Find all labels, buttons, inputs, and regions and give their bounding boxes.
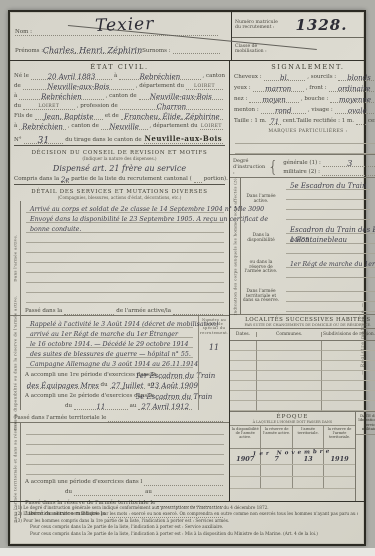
war-entry-3: le 16 octobre 1914. — Décédé le 29 octob… — [30, 341, 188, 348]
localites-empty-row — [230, 391, 375, 401]
etat-civil-title: ÉTAT CIVIL. — [10, 60, 229, 70]
header: Nom : Texier Prénoms : Charles, Henri, Z… — [10, 12, 364, 61]
register-sheet: Nom : Texier Prénoms : Charles, Henri, Z… — [8, 10, 366, 546]
periode1-corps-value-2: des Équipages Mres — [27, 383, 99, 389]
epoque-col-reserve-active: la réserve de l'armée active. — [261, 426, 292, 448]
periode1-du-label: du — [101, 382, 108, 389]
header-identity: Nom : Texier Prénoms : Charles, Henri, Z… — [10, 12, 231, 60]
epoque-col-territoriale: l'armée territoriale. — [293, 426, 324, 448]
etat-civil-line-3: à Rebréchien , canton de Neuville-aux-Bo… — [10, 90, 229, 100]
service-entry-3: bonne conduite. — [30, 226, 81, 233]
field-prenoms: Prénoms : Charles, Henri, Zéphirin Surno… — [15, 39, 222, 54]
instruction-block: Degré d'instruction : { générale (1) : 3… — [230, 154, 375, 177]
blank-rule — [286, 200, 370, 210]
corps-disponibilite-label: Dans la disponibilité — [241, 234, 281, 244]
fils-de-label: Fils de — [14, 113, 33, 120]
a-label: à — [114, 73, 117, 80]
residence-canton-value: Neuville-aux-Bois — [150, 94, 212, 100]
blank-rule — [286, 292, 375, 302]
departement-print: Loiret — [194, 84, 215, 89]
passe-territoriale-label: Passé dans l'armée territoriale le — [14, 415, 106, 422]
corps-reserve-label: ou dans la réserve de l'armée active. — [241, 261, 281, 275]
residence-value: Rebréchien — [41, 94, 82, 100]
localites-grid: Dates. Communes. Subdivisions de région. — [230, 329, 375, 411]
tirage-label: du tirage dans le canton de — [65, 137, 141, 144]
mother-name-value: Francheu, Élide, Zéphirine — [124, 114, 220, 120]
front-value: ordinaire — [338, 86, 371, 92]
domicilies-a-label: à — [14, 123, 17, 130]
corps-row-territoriale: Dans l'armée territoriale et dans sa rés… — [241, 280, 375, 314]
instruction-generale-row: générale (1) : 3 — [279, 158, 375, 167]
footnotes: (1) Le degré d'instruction générale sera… — [10, 501, 364, 544]
blank-rule — [26, 233, 224, 243]
epoque-col-reserve-territoriale: la réserve de l'armée territoriale. — [324, 426, 354, 448]
instruction-values: générale (1) : 3 militaire (2) : — [279, 158, 375, 176]
departement-label: , département du — [136, 83, 184, 90]
compris-label-1: Compris dans la — [14, 176, 59, 183]
footnote-5: Pour ceux compris dans la 3e partie de l… — [16, 531, 358, 537]
war-entry-4: des suites de blessures de guerre — hôpi… — [30, 351, 191, 358]
father-name-value: Jean, Baptiste — [44, 114, 93, 120]
parents-canton-value: Neuville — [109, 124, 139, 130]
periode1-line-2: des Équipages Mres du 27 Juillet au 23 A… — [21, 379, 198, 389]
margin-label-disponibilite: Dans la disponibilité ou dans la réserve… — [13, 295, 18, 430]
localites-header: Dates. Communes. Subdivisions de région. — [230, 329, 375, 341]
epoque-main: ÉPOQUE À LAQUELLE L'HOMME DOIT PASSER DA… — [230, 412, 355, 501]
corps-active-lines: 5e Escadron du Train — [281, 178, 375, 222]
periode1-start-value: 27 Juillet — [111, 383, 143, 389]
nez-value: moyen — [262, 97, 285, 103]
menton-value: rond — [275, 108, 292, 114]
instruction-militaire-row: militaire (2) : — [279, 167, 375, 176]
corps-rows: Dans l'armée active. 5e Escadron du Trai… — [241, 178, 375, 314]
periode2-du-label: du — [65, 403, 72, 410]
etat-civil-line-1: Né le 20 Avril 1883 à Rebréchien , canto… — [10, 70, 229, 80]
profession-value: Charron — [157, 104, 186, 110]
visage-label: , visage : — [308, 107, 333, 114]
periode2-end-value: 27 Avril 1912 — [141, 404, 189, 410]
yeux-value: marron — [265, 86, 291, 92]
periode2-line-1: A accompli une 2e période d'exercices da… — [21, 389, 198, 400]
right-column: SIGNALEMENT. Cheveux : bl. , sourcils : … — [230, 60, 375, 501]
periode3-start-blank — [74, 495, 143, 496]
periode2-label: A accompli une 2e période d'exercices da… — [25, 393, 154, 400]
signalement-row-1: Cheveux : bl. , sourcils : blonds — [230, 70, 375, 81]
footnote-2: (2) L'instruction militaire sera indiqué… — [16, 511, 358, 517]
parents-canton-label: , canton de — [68, 123, 99, 130]
localites-col-communes: Communes. — [257, 332, 322, 337]
parents-departement-print: Loiret — [201, 124, 222, 129]
etat-civil-line-6: à Rebréchien , canton de Neuville , dépa… — [10, 120, 229, 130]
scanned-photo-background: Nom : Texier Prénoms : Charles, Henri, Z… — [0, 0, 375, 556]
epoque-empty-row — [230, 465, 355, 477]
blank-rule — [286, 190, 370, 200]
cheveux-label: Cheveux : — [234, 74, 262, 81]
localites-empty-row — [230, 341, 375, 351]
blank-rule — [26, 243, 224, 253]
matricule-value: 1328. — [296, 16, 348, 34]
services-active-content: Arrivé au corps et soldat de 2e classe l… — [21, 201, 229, 315]
instruction-generale-value: 3 — [347, 161, 352, 167]
compris-value: 2e — [61, 177, 70, 183]
passe-label-2: de l'armée active/la — [116, 308, 171, 315]
blank-rule — [26, 283, 224, 293]
decision-value: Dispensé art. 21 frère au service — [53, 164, 186, 173]
surnoms-value-blank — [173, 53, 221, 54]
et-de-label: et de — [105, 113, 119, 120]
war-entry-1: Rappelé à l'activité le 3 Août 1914 (déc… — [30, 321, 218, 328]
sourcils-label: , sourcils : — [307, 74, 336, 81]
signalement-row-3: nez : moyen , bouche : moyenne — [230, 92, 375, 103]
front-label: , front : — [306, 85, 327, 92]
corps-disponibilite-value-1: Escadron du Train des Équipages — [290, 226, 375, 234]
canton-label: , canton — [203, 73, 225, 80]
prenoms-value: Charles, Henri, Zéphirin — [43, 48, 142, 54]
localites-col-dates: Dates. — [230, 332, 257, 337]
corps-reserve-value: 1er Régt de marche du 1er Étranger — [290, 261, 375, 268]
periode3-label: A accompli une période d'exercices dans … — [25, 479, 142, 486]
periode3-line-2: du au — [21, 486, 229, 496]
nom-value: Texier — [95, 14, 155, 36]
canton-de-label: , canton de — [106, 93, 137, 100]
compris-label-3: portion). — [204, 176, 228, 183]
blank-rule — [235, 134, 375, 144]
blank-rule — [26, 273, 224, 283]
blank-rule — [26, 425, 224, 435]
corps-row-disponibilite: Dans la disponibilité Escadron du Train … — [241, 222, 375, 256]
periode1-end-value: 23 Août 1909 — [150, 383, 198, 389]
visage-value: ovale — [348, 108, 367, 114]
epoque-col-disponibilite: la disponibilité de l'armée active. — [230, 426, 261, 448]
periode3-au-label: au — [145, 489, 152, 496]
bouche-value: moyenne — [339, 97, 371, 103]
header-matricule-box: Numéro matricule du recrutement : 1328. … — [231, 12, 364, 60]
field-nom: Nom : Texier — [15, 15, 218, 36]
margin-strip-disponibilite: Dans la disponibilité ou dans la réserve… — [10, 316, 21, 410]
corps-margin-strip: Indication des corps auxquels les hommes… — [230, 178, 241, 314]
decision-value-line: Dispensé art. 21 frère au service — [10, 162, 229, 173]
blank-rule — [286, 210, 370, 220]
portion-blank — [194, 182, 202, 183]
instruction-label: Degré d'instruction : — [233, 158, 267, 176]
blank-rule — [286, 244, 375, 254]
left-column: ÉTAT CIVIL. Né le 20 Avril 1883 à Rebréc… — [10, 60, 230, 501]
main-columns: ÉTAT CIVIL. Né le 20 Avril 1883 à Rebréc… — [10, 60, 364, 501]
margin-label-active: Dans l'armée active. — [13, 234, 18, 281]
corps-disponibilite-lines: Escadron du Train des Équipages à Fontai… — [281, 222, 375, 256]
blank-rule — [26, 435, 224, 445]
blank-rule — [26, 455, 224, 465]
periode1-line-1: A accompli une 1re période d'exercices d… — [21, 368, 198, 379]
taille-rectifiee-label: Taille rectifiée : 1 m. — [296, 118, 353, 125]
parents-residence-value: Rebréchien — [22, 124, 63, 130]
blank-rule — [26, 253, 224, 263]
corps-active-label: Dans l'armée active. — [241, 195, 281, 205]
services-title: DÉTAIL DES SERVICES ET MUTATIONS DIVERSE… — [10, 185, 229, 195]
periode2-line-2: du 11 au 27 Avril 1912 — [21, 400, 198, 410]
blank-rule — [26, 445, 224, 455]
epoque-date-column: DATE de la libération du service militai… — [355, 412, 375, 501]
nom-label: Nom : — [15, 29, 32, 35]
birth-canton-value: Neuville-aux-Bois — [47, 84, 109, 90]
epoque-date-label: DATE de la libération du service militai… — [356, 412, 375, 435]
compris-label-2: partie de la liste du recrutement canton… — [71, 176, 192, 183]
brace-glyph: { — [268, 157, 278, 176]
controle-special-box: Numéro au contrôle spécial du recrutemen… — [198, 316, 229, 410]
de-label: de — [14, 83, 21, 90]
periode3-end-blank — [154, 495, 223, 496]
signalement-fields: Cheveux : bl. , sourcils : blonds yeux :… — [230, 70, 375, 125]
war-entry-5: Campagne Allemagne du 3 août 1914 au 26.… — [30, 361, 198, 368]
epoque-columns: la disponibilité de l'armée active. la r… — [230, 426, 355, 449]
signalement-title: SIGNALEMENT. — [230, 60, 375, 70]
services-block-active: Dans l'armée active. Arrivé au corps et … — [10, 201, 229, 315]
etat-civil-line-4: du Loiret , profession de Charron — [10, 100, 229, 110]
corps-active-value: 5e Escadron du Train — [290, 182, 367, 190]
parents-departement-label: , département du — [150, 123, 198, 130]
field-classe-mobilisation: Classe de mobilisation : — [232, 38, 364, 60]
war-entry-2: arrivé au 1er Régt de marche du 1er Étra… — [30, 331, 178, 338]
profession-label: , profession de — [77, 103, 118, 110]
passe-territoriale-blank — [108, 421, 223, 422]
compris-line: Compris dans la 2e partie de la liste du… — [10, 173, 229, 183]
localites-title: LOCALITÉS SUCCESSIVES HABITÉES — [230, 315, 375, 323]
localites-empty-row — [230, 361, 375, 371]
corps-row-reserve: ou dans la réserve de l'armée active. 1e… — [241, 256, 375, 280]
signalement-row-taille: Taille : 1 m. 71 cent. Taille rectifiée … — [230, 114, 375, 125]
passe-territoriale-line: Passé dans l'armée territoriale le — [10, 410, 229, 422]
blank-rule — [286, 268, 375, 278]
cheveux-value: bl. — [280, 75, 289, 81]
blank-rule — [26, 263, 224, 273]
matricule-label: Numéro matricule du recrutement : — [235, 20, 279, 30]
taille-rectifiee-unit: cent. — [368, 118, 375, 125]
nez-label: nez : — [234, 96, 247, 103]
blank-rule — [26, 465, 224, 475]
periode3-line-1: A accompli une période d'exercices dans … — [21, 475, 229, 486]
periode2-au-label: au — [130, 403, 137, 410]
tirage-line: N° 31 du tirage dans le canton de Neuvil… — [10, 130, 229, 144]
epoque-empty-row — [230, 477, 355, 489]
signalement-row-2: yeux : marron , front : ordinaire — [230, 81, 375, 92]
menton-label: menton : — [234, 107, 259, 114]
instruction-militaire-label: militaire (2) : — [283, 169, 320, 176]
blank-rule — [235, 144, 375, 154]
blank-rule — [286, 282, 375, 292]
tirage-no-label: N° — [14, 137, 22, 144]
corps-margin-label: Indication des corps auxquels les hommes… — [233, 177, 238, 316]
birth-place-value: Rebréchien — [140, 74, 181, 80]
corps-territoriale-label: Dans l'armée territoriale et dans sa rés… — [241, 290, 281, 304]
controle-special-value: 11 — [209, 343, 219, 352]
services-block-disponibilite: Dans la disponibilité ou dans la réserve… — [10, 315, 229, 410]
epoque-table: ÉPOQUE À LAQUELLE L'HOMME DOIT PASSER DA… — [230, 411, 375, 501]
localites-section: LOCALITÉS SUCCESSIVES HABITÉES PAR SUITE… — [230, 315, 375, 411]
localites-col-subdivisions: Subdivisions de région. — [322, 332, 375, 337]
passe-label-1: Passé dans la — [25, 308, 62, 315]
corps-table: Indication des corps auxquels les hommes… — [230, 177, 375, 315]
etat-civil-line-2: de Neuville-aux-Bois , département du Lo… — [10, 80, 229, 90]
yeux-label: yeux : — [234, 85, 251, 92]
field-matricule: Numéro matricule du recrutement : 1328. — [232, 12, 364, 38]
passe-line: Passé dans la de l'armée active/la — [21, 303, 229, 315]
passe-blank-1 — [64, 314, 114, 315]
epoque-values-row: 1er Novembre 1907 7 13 1919 — [230, 449, 355, 465]
periode3-du-label: du — [65, 489, 72, 496]
marques-row: MARQUES PARTICULIÈRES : — [230, 125, 375, 134]
periode2-start-value: 11 — [96, 404, 105, 410]
epoque-title: ÉPOQUE — [230, 412, 355, 420]
register-edge-text: — Registre matricule — — [360, 302, 365, 375]
etat-civil-line-5: Fils de Jean, Baptiste et de Francheu, É… — [10, 110, 229, 120]
blank-rule — [26, 293, 224, 303]
instruction-generale-label: générale (1) : — [283, 160, 321, 167]
periode3-corps-blank — [144, 485, 223, 486]
taille-unit: cent. — [283, 118, 297, 125]
taille-label: Taille : 1 m. — [234, 118, 267, 125]
sourcils-value: blonds — [347, 75, 371, 81]
du-label: du — [14, 103, 21, 110]
localites-empty-row — [230, 371, 375, 381]
passe-blank-2 — [173, 314, 223, 315]
birth-date-value: 20 Avril 1883 — [48, 74, 96, 80]
surnoms-label: Surnoms : — [142, 48, 170, 54]
bouche-label: , bouche : — [301, 96, 328, 103]
corps-reserve-lines: 1er Régt de marche du 1er Étranger — [281, 256, 375, 280]
tirage-no-value: 31 — [38, 138, 49, 144]
signalement-row-4: menton : rond , visage : ovale — [230, 103, 375, 114]
residence-departement-print: Loiret — [38, 104, 59, 109]
services-disponibilite-content: Rappelé à l'activité le 3 Août 1914 (déc… — [21, 316, 198, 410]
localites-empty-row — [230, 401, 375, 411]
localites-empty-row — [230, 381, 375, 391]
decision-title: DÉCISION DU CONSEIL DE REVISION ET MOTIF… — [10, 146, 229, 156]
tirage-canton-stamp: Neuville-aux-Bois — [145, 134, 223, 143]
prenoms-label: Prénoms : — [15, 48, 43, 54]
ne-le-label: Né le — [14, 73, 29, 80]
localites-table: Dates. Communes. Subdivisions de région. — [230, 329, 375, 411]
residant-a-label: à — [14, 93, 17, 100]
localites-empty-row — [230, 351, 375, 361]
corps-disponibilite-number: 14455 — [290, 237, 375, 244]
